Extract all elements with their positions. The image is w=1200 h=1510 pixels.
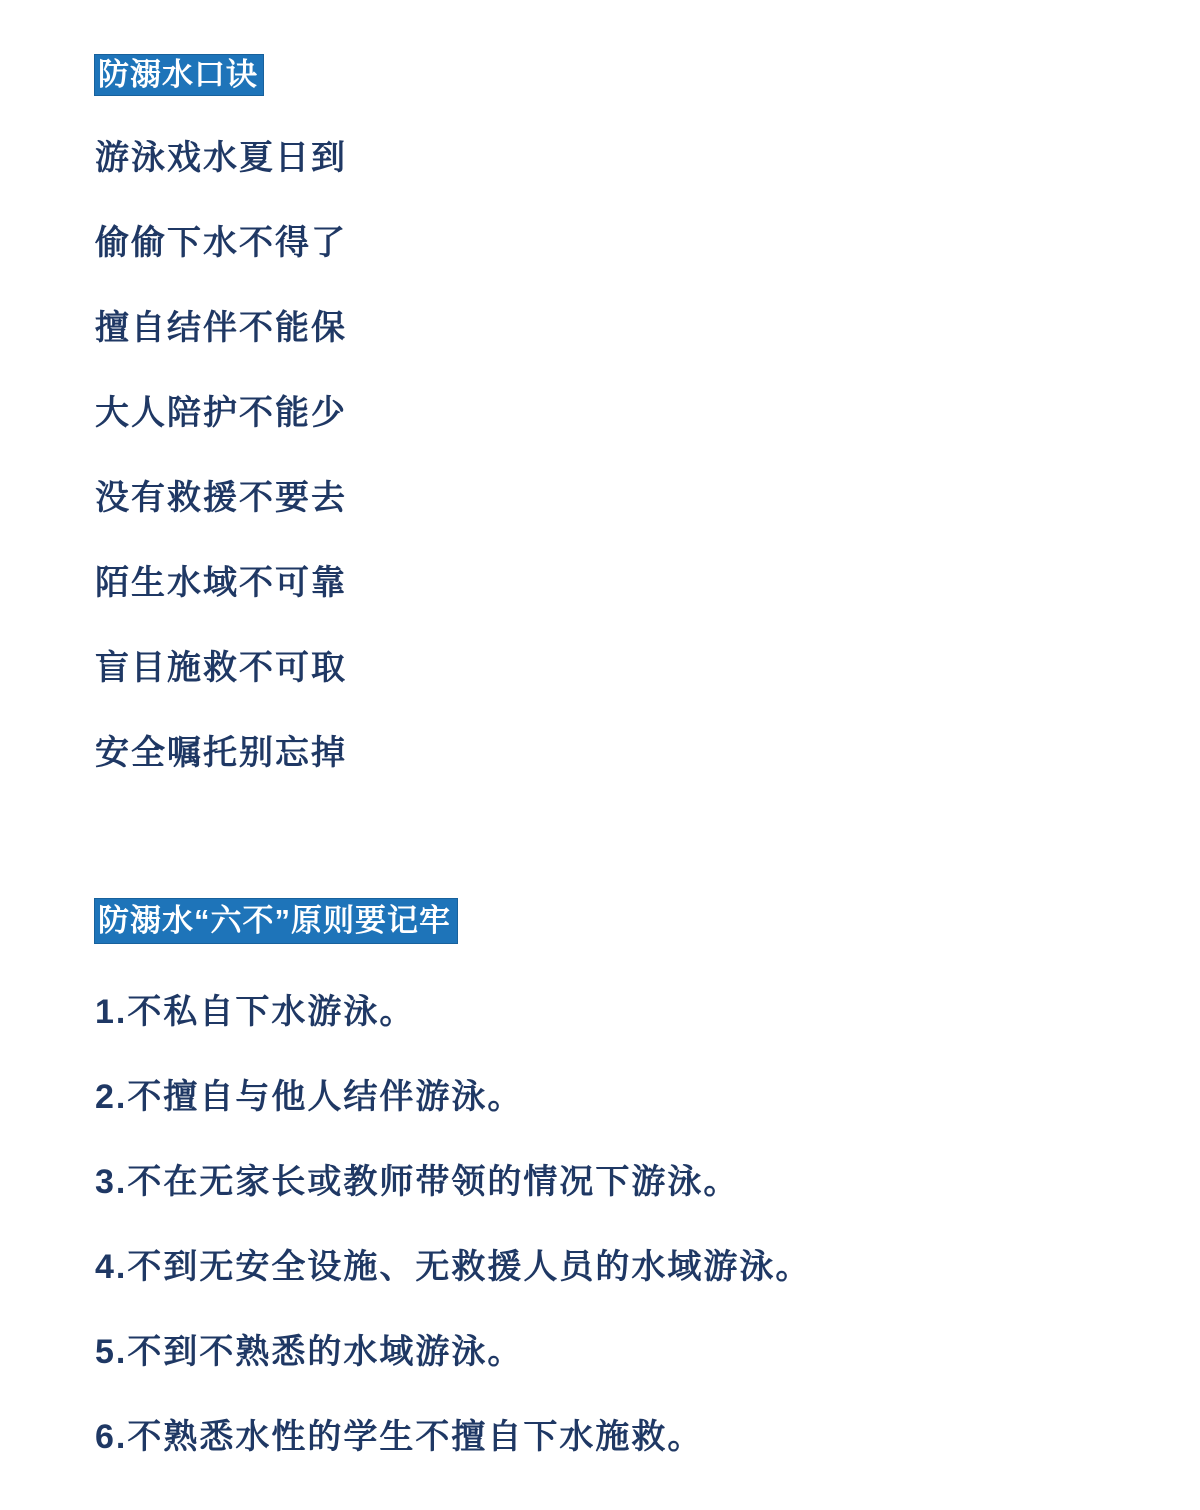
mnemonic-line: 擅自结伴不能保 xyxy=(95,311,1160,346)
mnemonic-heading-highlight: 防溺水口诀 xyxy=(95,55,263,95)
rule-item: 1.不私自下水游泳。 xyxy=(95,995,1160,1030)
rule-item: 2.不擅自与他人结伴游泳。 xyxy=(95,1080,1160,1115)
section-six-donts-rules: 防溺水“六不”原则要记牢 1.不私自下水游泳。 2.不擅自与他人结伴游泳。 3.… xyxy=(95,899,1160,1455)
mnemonic-line: 盲目施救不可取 xyxy=(95,651,1160,686)
section-drowning-mnemonic: 防溺水口诀 游泳戏水夏日到 偷偷下水不得了 擅自结伴不能保 大人陪护不能少 没有… xyxy=(95,55,1160,771)
rule-item: 6.不熟悉水性的学生不擅自下水施救。 xyxy=(95,1420,1160,1455)
mnemonic-line: 游泳戏水夏日到 xyxy=(95,141,1160,176)
six-donts-heading-highlight: 防溺水“六不”原则要记牢 xyxy=(95,899,457,943)
rule-item: 5.不到不熟悉的水域游泳。 xyxy=(95,1335,1160,1370)
document-page: 防溺水口诀 游泳戏水夏日到 偷偷下水不得了 擅自结伴不能保 大人陪护不能少 没有… xyxy=(0,0,1200,1510)
section-heading: 防溺水“六不”原则要记牢 xyxy=(95,899,1160,943)
mnemonic-line: 安全嘱托别忘掉 xyxy=(95,736,1160,771)
mnemonic-line: 大人陪护不能少 xyxy=(95,396,1160,431)
mnemonic-line: 偷偷下水不得了 xyxy=(95,226,1160,261)
rule-item: 3.不在无家长或教师带领的情况下游泳。 xyxy=(95,1165,1160,1200)
section-heading: 防溺水口诀 xyxy=(95,55,1160,95)
rule-item: 4.不到无安全设施、无救援人员的水域游泳。 xyxy=(95,1250,1160,1285)
mnemonic-line: 陌生水域不可靠 xyxy=(95,566,1160,601)
mnemonic-line: 没有救援不要去 xyxy=(95,481,1160,516)
